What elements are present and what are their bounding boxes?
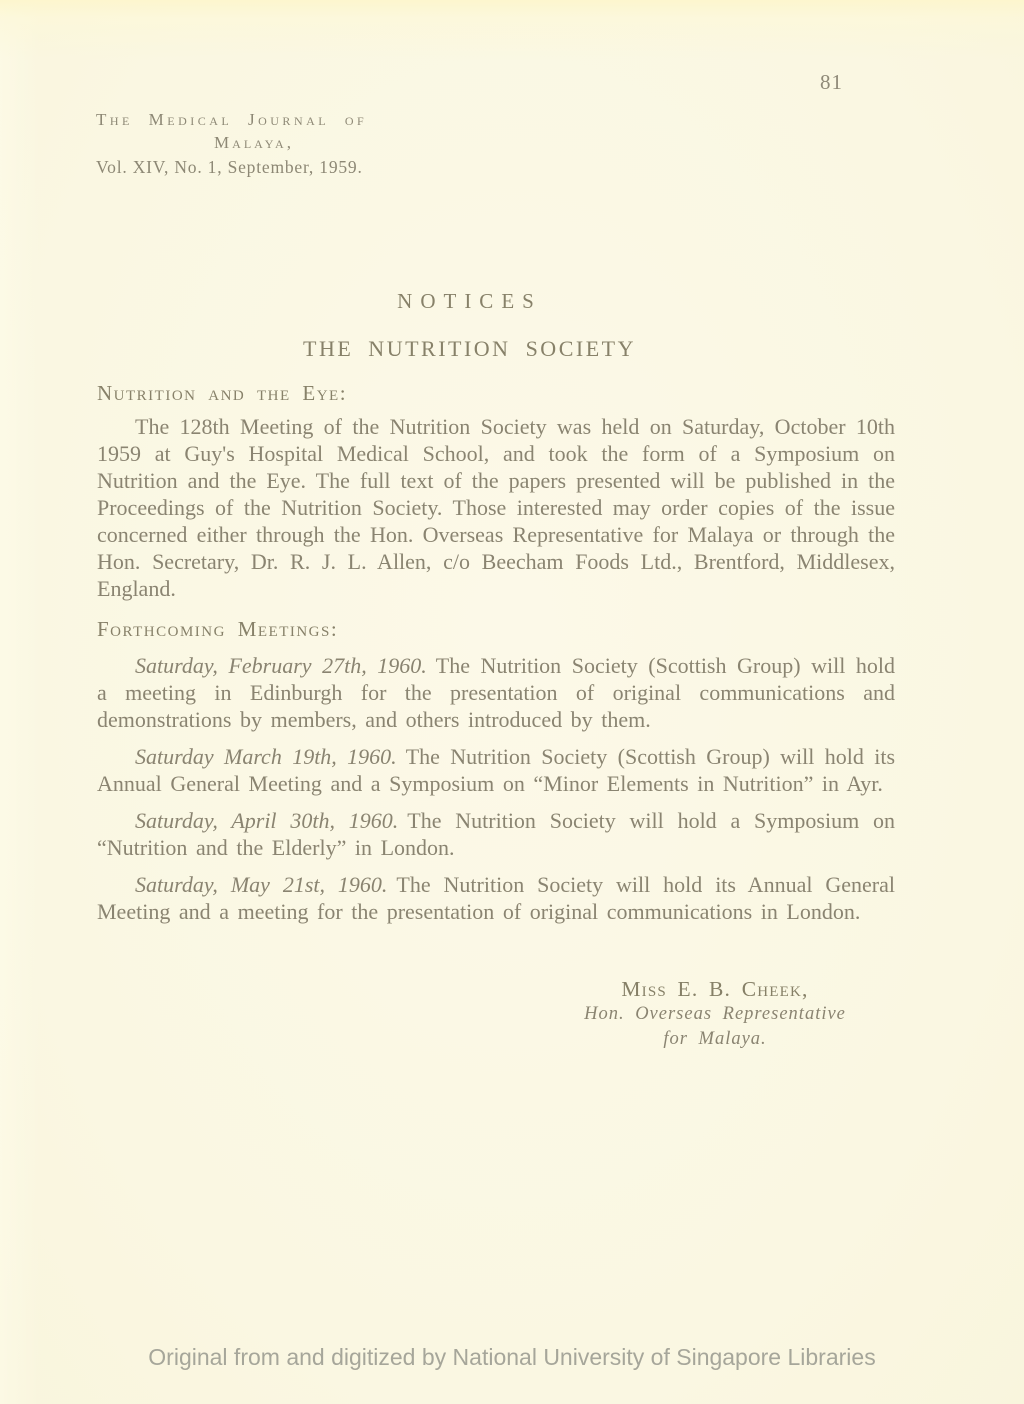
journal-masthead: The Medical Journal of Malaya, Vol. XIV,… bbox=[96, 110, 412, 178]
page-titles: NOTICES THE NUTRITION SOCIETY bbox=[97, 289, 842, 362]
paragraph-meeting-march: Saturday March 19th, 1960.The Nutrition … bbox=[97, 743, 895, 797]
society-title: THE NUTRITION SOCIETY bbox=[97, 336, 842, 362]
masthead-volume-info: Vol. XIV, No. 1, September, 1959. bbox=[96, 157, 412, 178]
article-body: Nutrition and the Eye: The 128th Meeting… bbox=[97, 381, 895, 925]
page-number: 81 bbox=[820, 70, 843, 95]
masthead-journal-title: The Medical Journal of bbox=[96, 110, 412, 130]
section-heading-nutrition-and-the-eye: Nutrition and the Eye: bbox=[97, 381, 895, 406]
meeting-date-april: Saturday, April 30th, 1960. bbox=[135, 808, 398, 833]
masthead-journal-title-continued: Malaya, bbox=[96, 133, 412, 153]
meeting-date-may: Saturday, May 21st, 1960. bbox=[135, 872, 387, 897]
scanned-journal-page: 81 The Medical Journal of Malaya, Vol. X… bbox=[0, 0, 1024, 1404]
meeting-date-march: Saturday March 19th, 1960. bbox=[135, 744, 397, 769]
section-heading-forthcoming-meetings: Forthcoming Meetings: bbox=[97, 617, 895, 642]
meeting-date-february: Saturday, February 27th, 1960. bbox=[135, 653, 427, 678]
signature-name: Miss E. B. Cheek, bbox=[553, 977, 877, 1002]
paragraph-eye-meeting-report: The 128th Meeting of the Nutrition Socie… bbox=[97, 413, 895, 602]
signature-role-line2: for Malaya. bbox=[553, 1027, 877, 1052]
paragraph-meeting-april: Saturday, April 30th, 1960.The Nutrition… bbox=[97, 807, 895, 861]
digitization-credit: Original from and digitized by National … bbox=[0, 1344, 1024, 1371]
signature-role-line1: Hon. Overseas Representative bbox=[553, 1002, 877, 1027]
paragraph-meeting-may: Saturday, May 21st, 1960.The Nutrition S… bbox=[97, 871, 895, 925]
paragraph-meeting-february: Saturday, February 27th, 1960.The Nutrit… bbox=[97, 652, 895, 733]
notices-title: NOTICES bbox=[97, 289, 842, 314]
signature-block: Miss E. B. Cheek, Hon. Overseas Represen… bbox=[553, 977, 877, 1052]
